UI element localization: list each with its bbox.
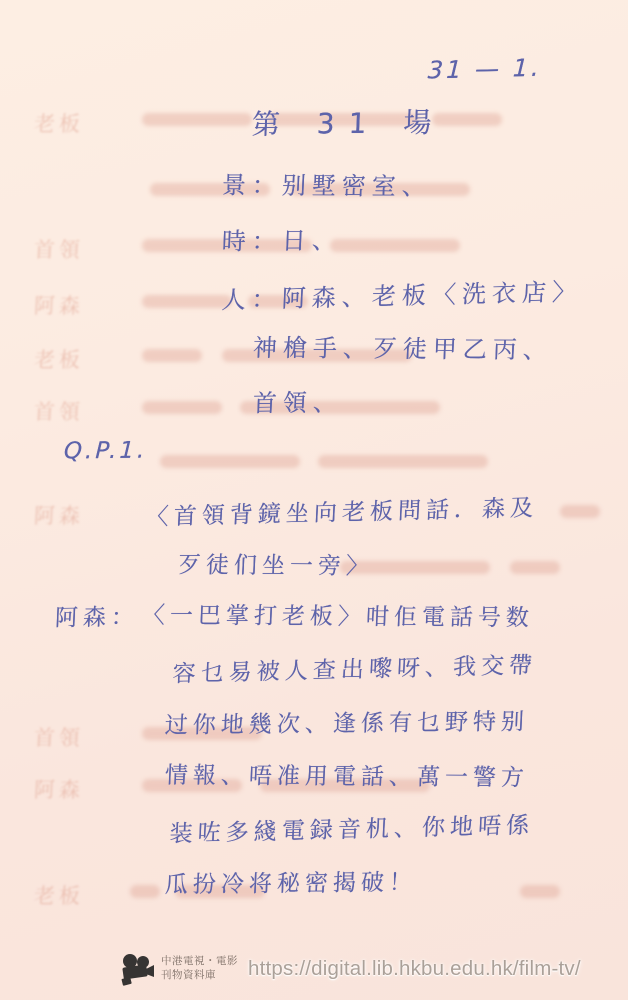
shot-label: Q.P.1. xyxy=(63,438,148,465)
ghost-scribble xyxy=(520,885,560,898)
ghost-speaker-label: 阿森 xyxy=(33,500,85,530)
ghost-scribble xyxy=(560,505,600,518)
dialogue-line: 装咗多綫電録音机、你地唔係 xyxy=(169,807,535,849)
ghost-speaker-label: 老板 xyxy=(33,108,85,138)
dialogue-line: 过你地幾次、逢係有乜野特别 xyxy=(164,703,530,740)
library-url: https://digital.lib.hkbu.edu.hk/film-tv/ xyxy=(248,957,581,981)
dialogue-line: 容乜易被人查出嚟呀、我交帶 xyxy=(172,647,538,689)
ghost-scribble xyxy=(142,349,202,362)
library-name-line2: 刊物資料庫 xyxy=(161,969,238,983)
ghost-scribble xyxy=(142,113,252,126)
ghost-speaker-label: 老板 xyxy=(33,344,85,374)
ghost-speaker-label: 老板 xyxy=(33,880,85,910)
dialogue-line: 情報、唔准用電話、萬一警方 xyxy=(164,757,529,793)
dialogue-line: 〈一巴掌打老板〉咁佢電話号数 xyxy=(141,597,534,633)
ghost-scribble xyxy=(318,455,488,468)
ghost-scribble xyxy=(160,455,300,468)
stage-direction-line: 歹徒们坐一旁〉 xyxy=(177,546,374,580)
scene-location-line: 景：别墅密室、 xyxy=(221,165,432,201)
ghost-scribble xyxy=(130,885,160,898)
ghost-speaker-label: 首領 xyxy=(33,396,85,426)
scene-time-line: 時：日、 xyxy=(221,220,343,256)
scene-cast-continuation: 首領、 xyxy=(252,383,344,419)
page-number: 31 — 1. xyxy=(427,54,542,85)
ghost-speaker-label: 阿森 xyxy=(33,290,85,320)
ghost-speaker-label: 首領 xyxy=(33,234,85,264)
ghost-scribble xyxy=(330,239,460,252)
ghost-scribble xyxy=(142,401,222,414)
library-watermark: 中港電視・電影 刊物資料庫 https://digital.lib.hkbu.e… xyxy=(118,946,581,992)
ghost-speaker-label: 阿森 xyxy=(33,774,85,804)
script-page-scan: 老板 首領 阿森 老板 首領 阿森 首領 xyxy=(0,0,628,1000)
ghost-scribble xyxy=(510,561,560,574)
ghost-speaker-label: 首領 xyxy=(33,722,85,752)
scene-cast-continuation: 神槍手、歹徒甲乙丙、 xyxy=(252,328,553,365)
film-camera-icon xyxy=(118,951,154,987)
dialogue-speaker-label: 阿森： xyxy=(54,599,139,633)
dialogue-line: 瓜扮冷将秘密揭破！ xyxy=(164,864,418,900)
ghost-scribble xyxy=(142,295,232,308)
scene-heading: 第 31 場 xyxy=(251,101,446,143)
library-name: 中港電視・電影 刊物資料庫 xyxy=(161,955,238,982)
library-name-line1: 中港電視・電影 xyxy=(161,955,238,969)
